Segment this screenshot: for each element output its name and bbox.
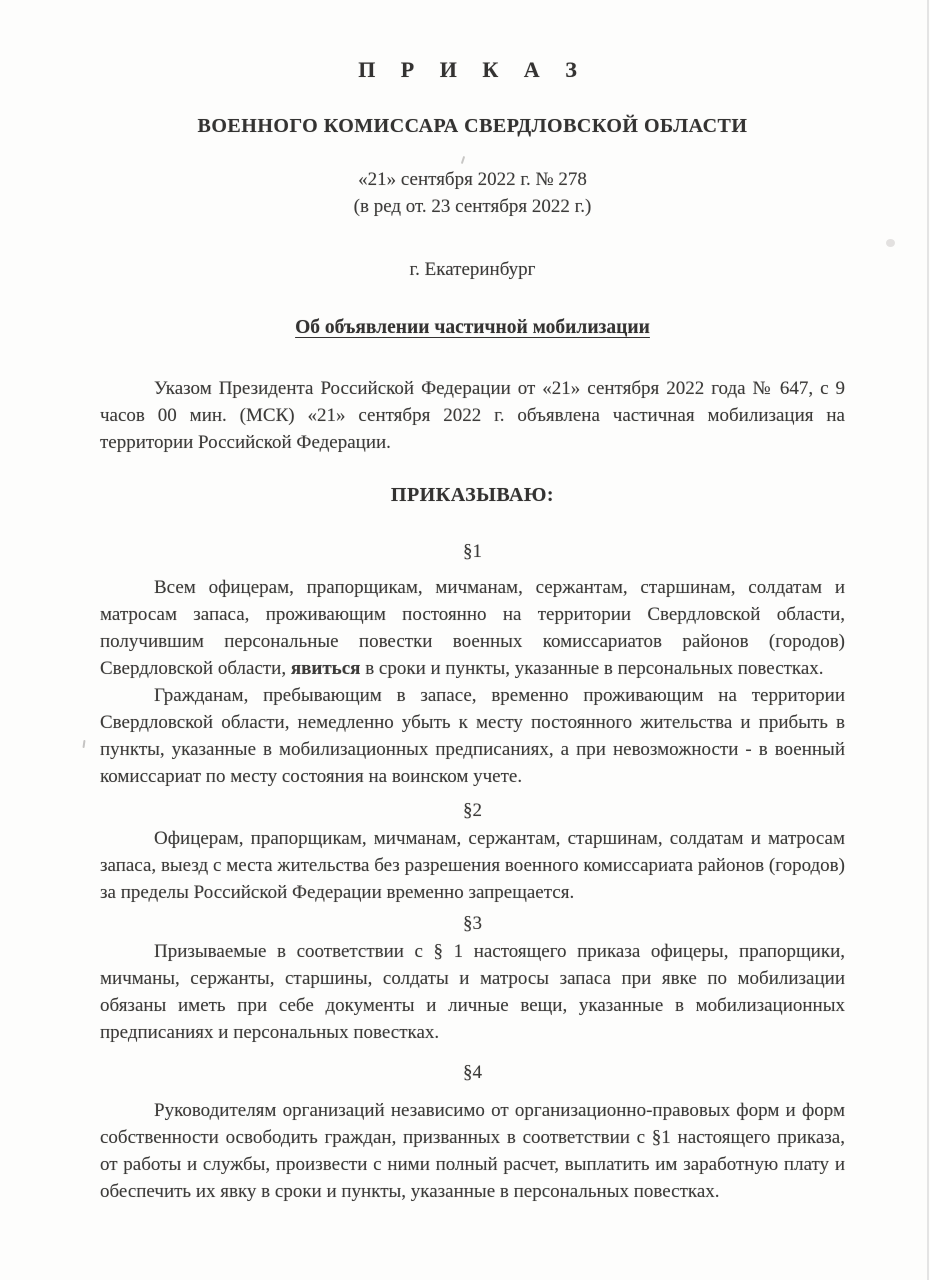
doc-city: г. Екатеринбург — [100, 256, 845, 283]
scan-speck — [461, 156, 465, 164]
doc-subject: Об объявлении частичной мобилизации — [100, 314, 845, 341]
section-1-paragraph-2: Гражданам, пребывающим в запасе, временн… — [100, 682, 845, 790]
doc-subject-text: Об объявлении частичной мобилизации — [295, 317, 650, 338]
doc-revision-line: (в ред от. 23 сентября 2022 г.) — [100, 193, 845, 220]
doc-date-line: «21» сентября 2022 г. № 278 — [100, 166, 845, 193]
section-1-number: §1 — [100, 538, 845, 565]
section-1-paragraph-1-bold: явиться — [291, 658, 361, 679]
section-3-number: §3 — [100, 910, 845, 937]
section-4-number: §4 — [100, 1059, 845, 1086]
document-page: П Р И К А З ВОЕННОГО КОМИССАРА СВЕРДЛОВС… — [0, 0, 930, 1280]
doc-date-block: «21» сентября 2022 г. № 278 (в ред от. 2… — [100, 166, 845, 220]
section-3-paragraph-1: Призываемые в соответствии с § 1 настоящ… — [100, 938, 845, 1046]
section-2-paragraph-1: Офицерам, прапорщикам, мичманам, сержант… — [100, 825, 845, 906]
order-word: ПРИКАЗЫВАЮ: — [100, 482, 845, 509]
section-1-paragraph-1: Всем офицерам, прапорщикам, мичманам, се… — [100, 574, 845, 682]
scan-edge-line — [927, 0, 929, 1280]
section-2-number: §2 — [100, 797, 845, 824]
preamble-paragraph: Указом Президента Российской Федерации о… — [100, 375, 845, 456]
doc-issuer: ВОЕННОГО КОМИССАРА СВЕРДЛОВСКОЙ ОБЛАСТИ — [100, 113, 845, 139]
scan-speck — [82, 740, 85, 748]
doc-title: П Р И К А З — [100, 56, 845, 84]
section-4-paragraph-1: Руководителям организаций независимо от … — [100, 1097, 845, 1205]
scan-speck — [886, 239, 895, 247]
section-1-paragraph-1-post: в сроки и пункты, указанные в персональн… — [360, 658, 823, 679]
